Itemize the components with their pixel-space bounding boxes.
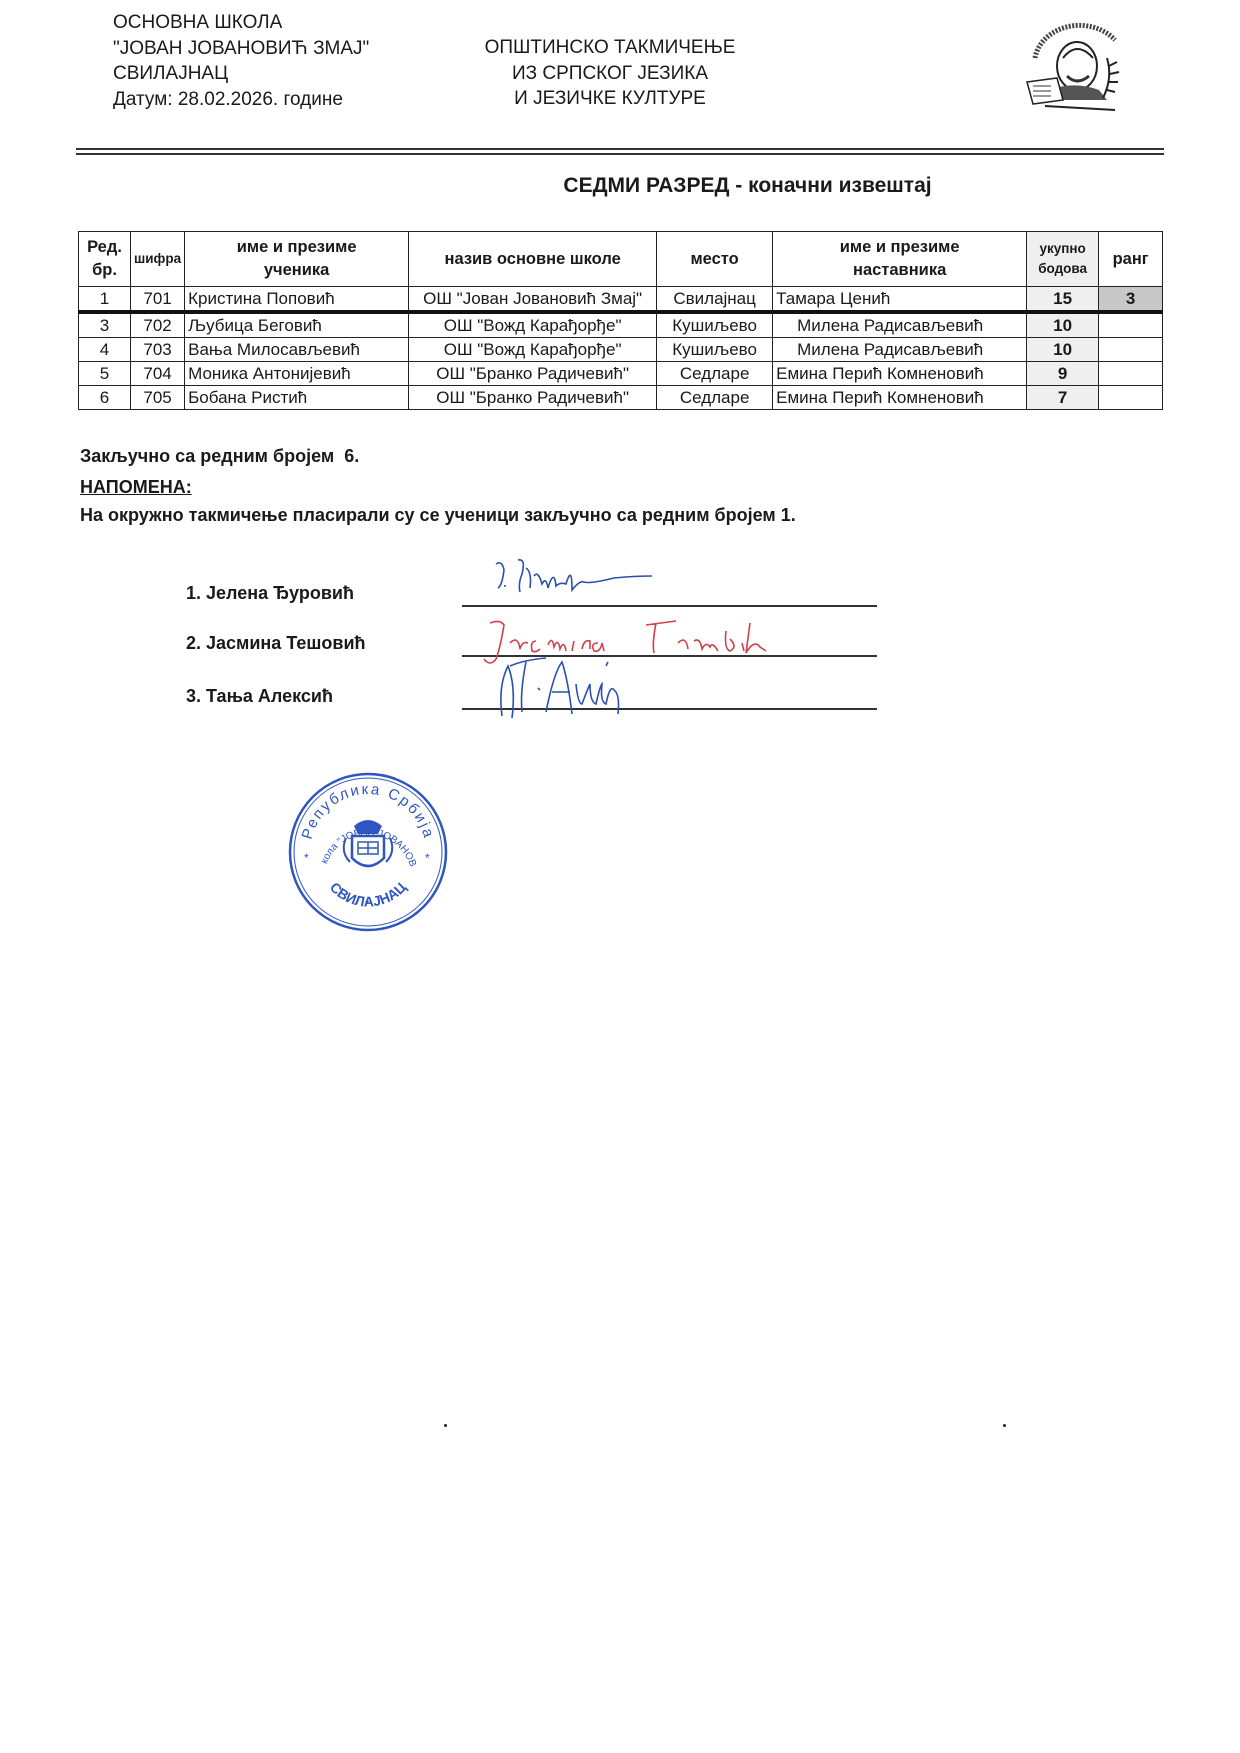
competition-line: И ЈЕЗИЧКЕ КУЛТУРЕ bbox=[470, 86, 750, 112]
school-info: ОСНОВНА ШКОЛА "ЈОВАН ЈОВАНОВИЋ ЗМАЈ" СВИ… bbox=[113, 10, 369, 112]
signature-3-icon bbox=[490, 650, 670, 720]
competition-info: ОПШТИНСКО ТАКМИЧЕЊЕ ИЗ СРПСКОГ ЈЕЗИКА И … bbox=[470, 35, 750, 112]
cell-rank bbox=[1099, 312, 1163, 338]
school-stamp: Република Србија Основна школа "ЈОВАН ЈО… bbox=[282, 766, 454, 938]
cell-school: ОШ "Бранко Радичевић" bbox=[409, 362, 657, 386]
cell-points: 10 bbox=[1027, 338, 1099, 362]
cell-rb: 1 bbox=[79, 287, 131, 313]
col-header-code: шифра bbox=[131, 232, 185, 287]
cell-code: 704 bbox=[131, 362, 185, 386]
cell-student: Моника Антонијевић bbox=[185, 362, 409, 386]
cell-place: Кушиљево bbox=[657, 338, 773, 362]
col-header-place: место bbox=[657, 232, 773, 287]
school-line: СВИЛАЈНАЦ bbox=[113, 61, 369, 87]
cell-rb: 4 bbox=[79, 338, 131, 362]
page-title: СЕДМИ РАЗРЕД - коначни извештај bbox=[0, 174, 1240, 198]
cell-points: 7 bbox=[1027, 386, 1099, 410]
school-line: ОСНОВНА ШКОЛА bbox=[113, 10, 369, 36]
cell-teacher: Милена Радисављевић bbox=[773, 312, 1027, 338]
cell-code: 702 bbox=[131, 312, 185, 338]
cell-points: 9 bbox=[1027, 362, 1099, 386]
cell-place: Свилајнац bbox=[657, 287, 773, 313]
table-row: 5 704 Моника Антонијевић ОШ "Бранко Ради… bbox=[79, 362, 1163, 386]
cell-points: 10 bbox=[1027, 312, 1099, 338]
cell-rb: 5 bbox=[79, 362, 131, 386]
table-row: 4 703 Вања Милосављевић ОШ "Вожд Карађор… bbox=[79, 338, 1163, 362]
svg-text:*: * bbox=[425, 851, 430, 865]
table-row: 3 702 Љубица Беговић ОШ "Вожд Карађорђе"… bbox=[79, 312, 1163, 338]
cell-place: Кушиљево bbox=[657, 312, 773, 338]
header-divider bbox=[76, 153, 1164, 155]
scan-speck bbox=[444, 1424, 447, 1427]
commission-member: 3. Тања Алексић bbox=[186, 686, 333, 707]
col-header-teacher: име и презименаставника bbox=[773, 232, 1027, 287]
serbian-coat-of-arms-icon bbox=[344, 820, 393, 866]
table-header-row: Ред.бр. шифра име и презимеученика назив… bbox=[79, 232, 1163, 287]
table-row: 6 705 Бобана Ристић ОШ "Бранко Радичевић… bbox=[79, 386, 1163, 410]
cell-school: ОШ "Вожд Карађорђе" bbox=[409, 338, 657, 362]
results-table: Ред.бр. шифра име и презимеученика назив… bbox=[78, 231, 1163, 410]
cell-teacher: Емина Перић Комненовић bbox=[773, 386, 1027, 410]
cell-school: ОШ "Јован Јовановић Змај" bbox=[409, 287, 657, 313]
cell-points: 15 bbox=[1027, 287, 1099, 313]
cell-place: Седларе bbox=[657, 362, 773, 386]
date-line: Датум: 28.02.2026. године bbox=[113, 87, 369, 113]
cell-student: Вања Милосављевић bbox=[185, 338, 409, 362]
commission-member: 1. Јелена Ђуровић bbox=[186, 583, 354, 604]
col-header-student: име и презимеученика bbox=[185, 232, 409, 287]
scan-speck bbox=[1003, 1424, 1006, 1427]
cell-place: Седларе bbox=[657, 386, 773, 410]
svg-text:*: * bbox=[365, 897, 370, 911]
cell-code: 703 bbox=[131, 338, 185, 362]
table-row: 1 701 Кристина Поповић ОШ "Јован Јованов… bbox=[79, 287, 1163, 313]
cell-rank bbox=[1099, 362, 1163, 386]
note-text: На окружно такмичење пласирали су се уче… bbox=[80, 505, 796, 526]
cell-student: Кристина Поповић bbox=[185, 287, 409, 313]
cell-code: 701 bbox=[131, 287, 185, 313]
cell-rb: 3 bbox=[79, 312, 131, 338]
competition-line: ИЗ СРПСКОГ ЈЕЗИКА bbox=[470, 61, 750, 87]
cell-rb: 6 bbox=[79, 386, 131, 410]
note-heading: НАПОМЕНА: bbox=[80, 477, 192, 498]
col-header-rb: Ред.бр. bbox=[79, 232, 131, 287]
cell-school: ОШ "Бранко Радичевић" bbox=[409, 386, 657, 410]
commission-member: 2. Јасмина Тешовић bbox=[186, 633, 366, 654]
cell-teacher: Емина Перић Комненовић bbox=[773, 362, 1027, 386]
cell-school: ОШ "Вожд Карађорђе" bbox=[409, 312, 657, 338]
col-header-rank: ранг bbox=[1099, 232, 1163, 287]
cell-student: Љубица Беговић bbox=[185, 312, 409, 338]
cell-student: Бобана Ристић bbox=[185, 386, 409, 410]
conclusion-text: Закључно са редним бројем 6. bbox=[80, 446, 359, 467]
cell-teacher: Тамара Ценић bbox=[773, 287, 1027, 313]
school-line: "ЈОВАН ЈОВАНОВИЋ ЗМАЈ" bbox=[113, 36, 369, 62]
col-header-school: назив основне школе bbox=[409, 232, 657, 287]
school-emblem-portrait-icon bbox=[1015, 18, 1140, 118]
svg-text:*: * bbox=[304, 851, 309, 865]
signature-1-icon bbox=[488, 552, 663, 607]
cell-teacher: Милена Радисављевић bbox=[773, 338, 1027, 362]
cell-rank bbox=[1099, 338, 1163, 362]
competition-line: ОПШТИНСКО ТАКМИЧЕЊЕ bbox=[470, 35, 750, 61]
header-divider bbox=[76, 148, 1164, 150]
cell-rank: 3 bbox=[1099, 287, 1163, 313]
cell-code: 705 bbox=[131, 386, 185, 410]
col-header-points: укупнободова bbox=[1027, 232, 1099, 287]
cell-rank bbox=[1099, 386, 1163, 410]
